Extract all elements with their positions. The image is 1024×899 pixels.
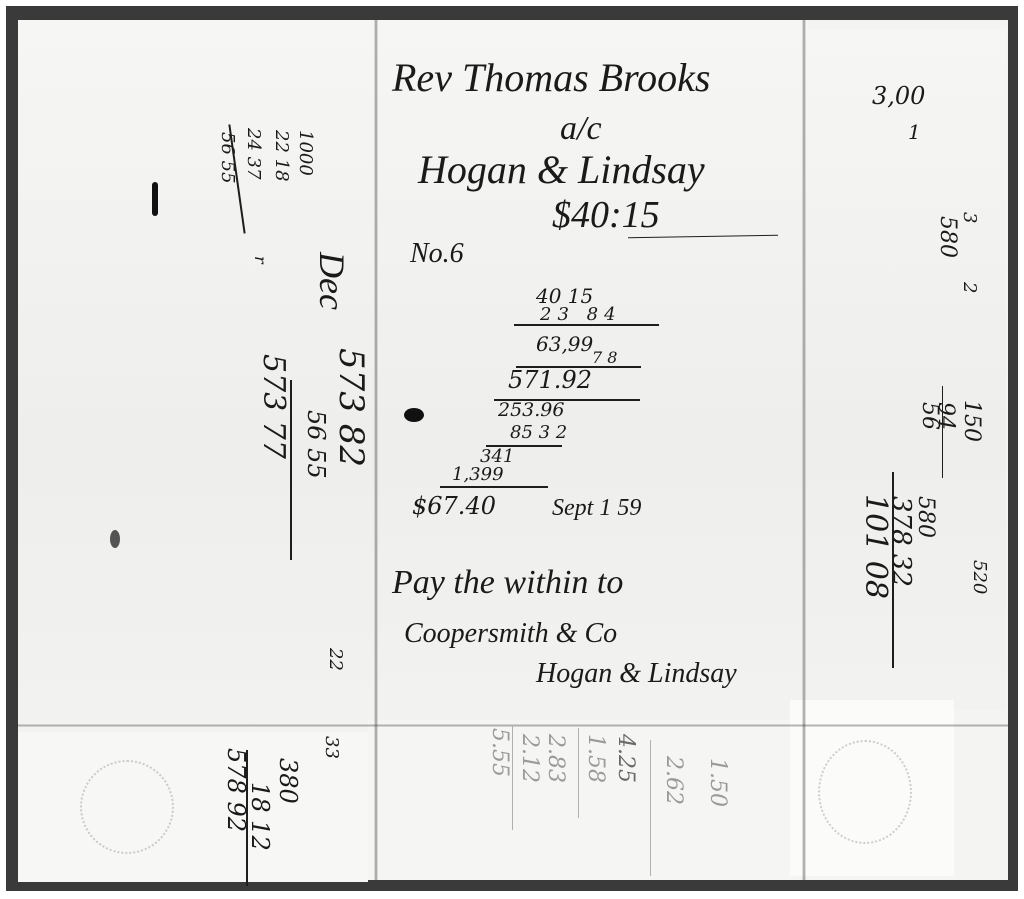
right-group2-c: 56 (918, 402, 940, 430)
endorsement-line-2: Coopersmith & Co (404, 620, 617, 648)
left-label-dec: Dec (314, 252, 350, 310)
pencil-col-2: 2.12 (518, 734, 540, 783)
calc-date: Sept 1 59 (552, 496, 641, 520)
endorsement-signature: Hogan & Lindsay (536, 660, 737, 688)
flap-figure-380: 380 (276, 758, 300, 804)
ink-blot-left-lower (110, 530, 120, 548)
endorsement-line-1: Pay the within to (392, 566, 623, 600)
calc-rule-1 (514, 324, 659, 326)
calc-total: $67.40 (412, 494, 496, 518)
pencil-col-6: 2.62 (662, 756, 684, 805)
flap-figure-total: 578 92 (224, 748, 248, 832)
calc-line-9: 1,399 (452, 466, 504, 484)
right-group3-total: 101 08 (860, 494, 890, 599)
left-sum-1: 1000 (296, 130, 314, 176)
left-sum-2: 22 18 (272, 130, 290, 182)
right-top-mark: 1 (908, 122, 921, 142)
pencil-col-4: 1.58 (584, 734, 606, 783)
title-payee: Rev Thomas Brooks (392, 58, 710, 98)
calc-line-4: 7 8 (592, 350, 617, 366)
calc-line-1: 40 15 (536, 286, 593, 306)
right-group1-a: 3 (960, 212, 978, 223)
calc-line-2: 23 84 (540, 306, 622, 324)
left-panel (18, 20, 380, 732)
title-account-of: a/c (560, 112, 602, 146)
left-sum-3: 24 37 (244, 128, 262, 180)
right-group3-a: 580 (914, 496, 936, 538)
right-group1-c: 2 (960, 282, 978, 293)
ring-stain-right (818, 740, 912, 844)
pencil-rule-1 (512, 726, 513, 830)
pencil-col-3: 2.83 (544, 734, 566, 783)
calc-line-3: 63,99 (536, 334, 593, 354)
fold-line-right (802, 20, 806, 880)
right-panel (808, 30, 1006, 710)
left-figure-total: 573 77 (258, 354, 288, 459)
pencil-rule-2 (578, 728, 579, 818)
calc-line-7: 85 3 2 (510, 424, 567, 442)
left-sum-total: 56 55 (218, 132, 236, 184)
flap-figure-1812: 18 12 (248, 782, 272, 851)
pencil-col-5: 4.25 (614, 734, 636, 783)
bottom-left-flap (18, 732, 368, 882)
fold-line-left (374, 20, 378, 880)
left-figure-2: 56 55 (304, 410, 328, 479)
docket-number: No.6 (410, 240, 464, 268)
right-group2-a: 150 (960, 400, 982, 442)
calc-line-6: 253.96 (498, 401, 564, 420)
calc-rule-5 (440, 486, 548, 488)
right-top-value: 3,00 (872, 84, 925, 108)
left-figure-1: 573 82 (334, 348, 368, 467)
pencil-col-1: 5.55 (488, 728, 510, 777)
flap-figure-33: 33 (322, 736, 340, 759)
ink-blot-left (152, 182, 158, 216)
calc-line-5: 571.92 (508, 368, 592, 392)
right-group2-rule (942, 386, 943, 478)
left-mark-r: r (252, 256, 268, 264)
title-amount: $40:15 (552, 196, 660, 234)
pencil-col-7: 1.50 (706, 758, 728, 807)
ring-stain-left (80, 760, 174, 854)
fold-line-bottom (18, 724, 1008, 727)
ink-blot-center (404, 408, 424, 422)
right-group1-b: 580 (936, 216, 958, 258)
title-firm: Hogan & Lindsay (418, 150, 705, 190)
pencil-rule-3 (650, 740, 651, 876)
left-mark-22: 22 (326, 648, 344, 671)
right-small-520: 520 (970, 560, 988, 594)
